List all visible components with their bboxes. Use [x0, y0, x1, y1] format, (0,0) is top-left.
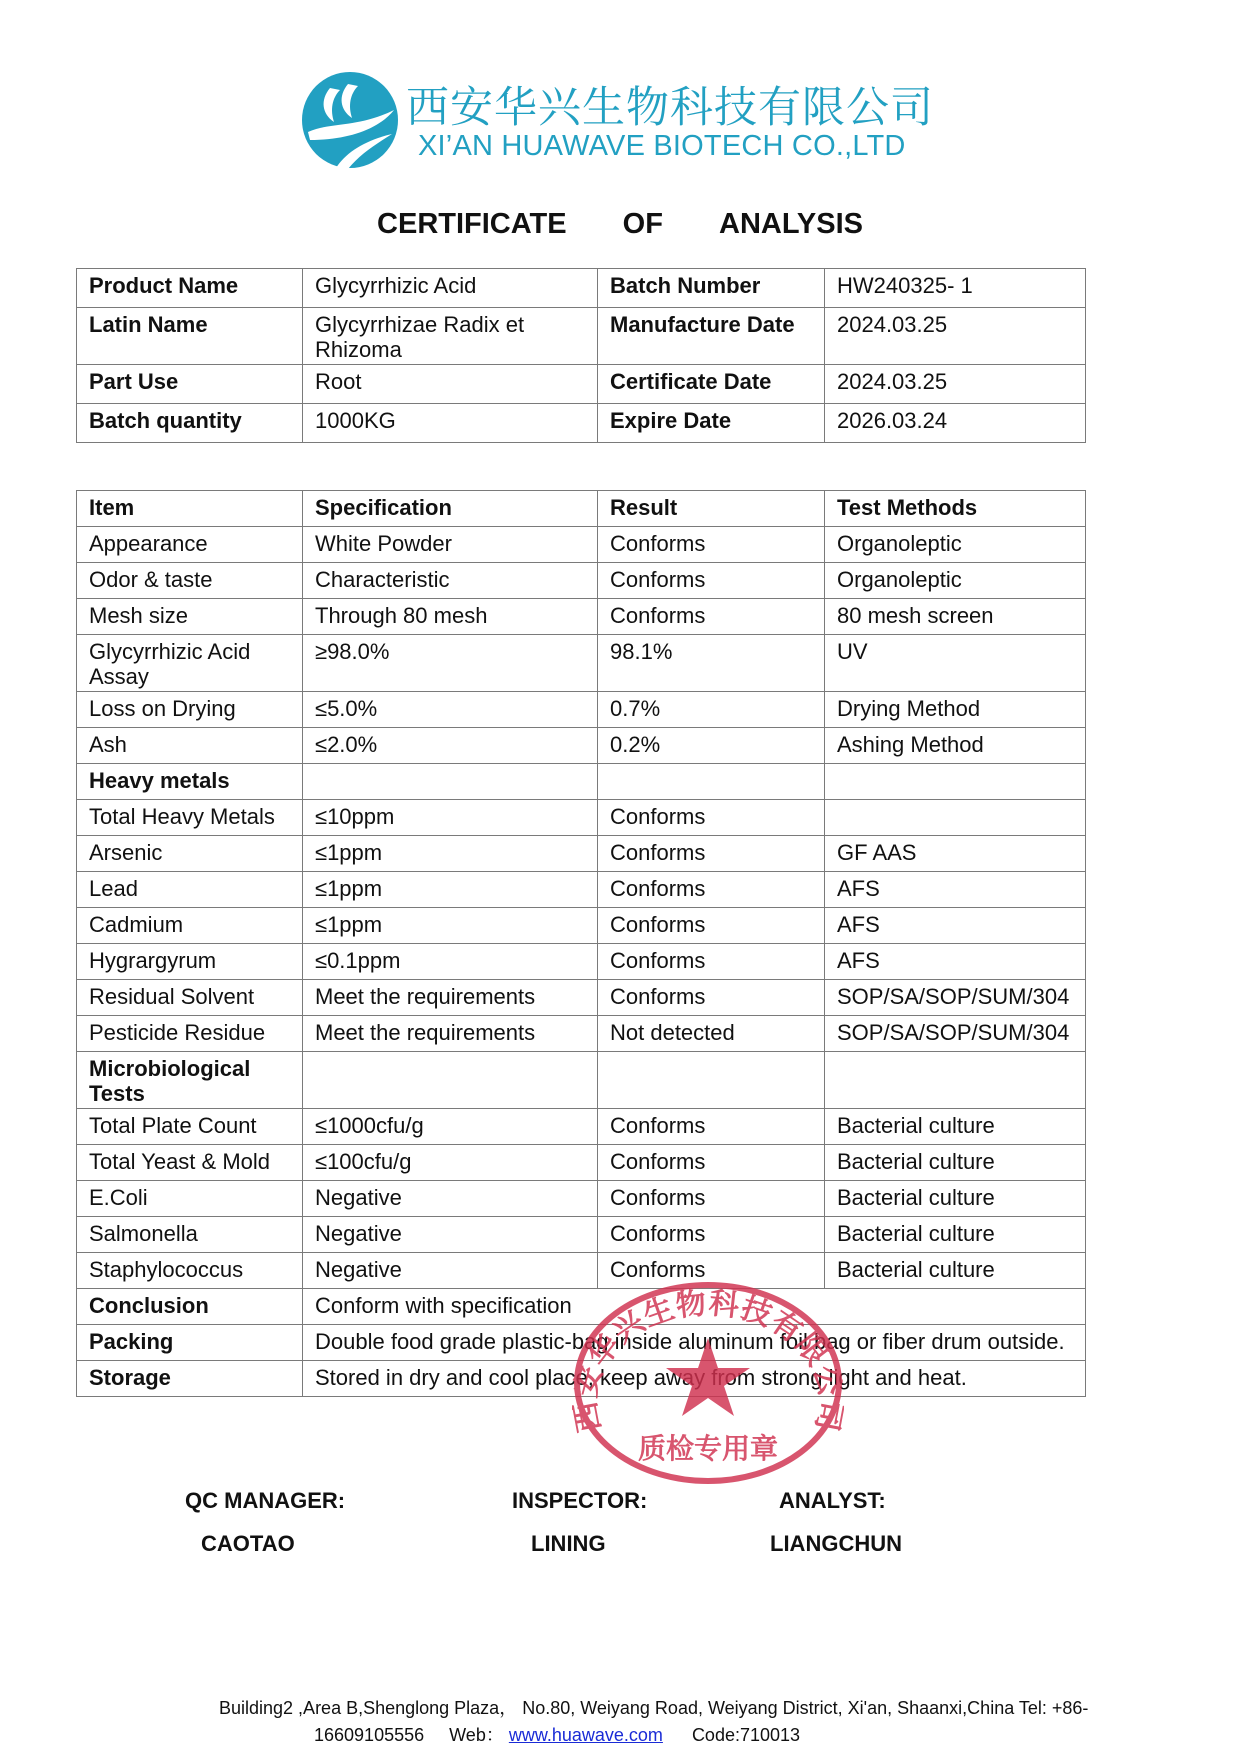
cell-item: Pesticide Residue — [77, 1016, 303, 1052]
cell-method: Ashing Method — [825, 728, 1086, 764]
info-label: Certificate Date — [598, 365, 825, 404]
info-label: Expire Date — [598, 404, 825, 443]
table-row: Ash≤2.0%0.2%Ashing Method — [77, 728, 1086, 764]
cell-item: Total Plate Count — [77, 1109, 303, 1145]
info-value: HW240325- 1 — [825, 269, 1086, 308]
info-label: Latin Name — [77, 308, 303, 365]
cell-method — [825, 800, 1086, 836]
company-name-cn: 西安华兴生物科技有限公司 — [406, 74, 934, 135]
info-value: 1000KG — [303, 404, 598, 443]
cell-item: Staphylococcus — [77, 1253, 303, 1289]
cell-spec: White Powder — [303, 527, 598, 563]
cell-item: E.Coli — [77, 1181, 303, 1217]
cell-item: Odor & taste — [77, 563, 303, 599]
cell-method: AFS — [825, 908, 1086, 944]
table-row: Pesticide ResidueMeet the requirementsNo… — [77, 1016, 1086, 1052]
cell-item: Glycyrrhizic Acid Assay — [77, 635, 303, 692]
cell-spec: ≤1000cfu/g — [303, 1109, 598, 1145]
table-header-row: Item Specification Result Test Methods — [77, 491, 1086, 527]
cell-method: SOP/SA/SOP/SUM/304 — [825, 1016, 1086, 1052]
wave-flame-logo-icon — [300, 70, 400, 170]
table-row: Hygrargyrum≤0.1ppmConformsAFS — [77, 944, 1086, 980]
table-row: Total Plate Count≤1000cfu/gConformsBacte… — [77, 1109, 1086, 1145]
summary-label: Storage — [77, 1361, 303, 1397]
cell-spec: Negative — [303, 1253, 598, 1289]
footer-web-label: Web： — [449, 1725, 504, 1745]
footer-code: Code:710013 — [692, 1725, 800, 1745]
table-row: Lead≤1ppmConformsAFS — [77, 872, 1086, 908]
cell-item: Appearance — [77, 527, 303, 563]
cell-item: Cadmium — [77, 908, 303, 944]
inspector-name: LINING — [531, 1531, 606, 1557]
cell-result: 98.1% — [598, 635, 825, 692]
cell-spec: Meet the requirements — [303, 980, 598, 1016]
cell-spec: ≥98.0% — [303, 635, 598, 692]
info-row: Part UseRootCertificate Date2024.03.25 — [77, 365, 1086, 404]
cell-item: Arsenic — [77, 836, 303, 872]
cell-method: GF AAS — [825, 836, 1086, 872]
info-row: Product NameGlycyrrhizic AcidBatch Numbe… — [77, 269, 1086, 308]
table-row: Cadmium≤1ppmConformsAFS — [77, 908, 1086, 944]
cell-method: UV — [825, 635, 1086, 692]
summary-label: Conclusion — [77, 1289, 303, 1325]
cell-spec: ≤1ppm — [303, 872, 598, 908]
cell-method: AFS — [825, 944, 1086, 980]
cell-method — [825, 764, 1086, 800]
cell-spec: Meet the requirements — [303, 1016, 598, 1052]
cell-result: Conforms — [598, 1253, 825, 1289]
cell-item: Loss on Drying — [77, 692, 303, 728]
cell-method — [825, 1052, 1086, 1109]
cell-item: Microbiological Tests — [77, 1052, 303, 1109]
cell-spec: ≤5.0% — [303, 692, 598, 728]
cell-result: Conforms — [598, 599, 825, 635]
cell-item: Lead — [77, 872, 303, 908]
cell-result: 0.7% — [598, 692, 825, 728]
table-row: AppearanceWhite PowderConformsOrganolept… — [77, 527, 1086, 563]
cell-method: Bacterial culture — [825, 1253, 1086, 1289]
cell-result: Conforms — [598, 1217, 825, 1253]
document-title: CERTIFICATE OF ANALYSIS — [0, 208, 1240, 241]
info-label: Batch Number — [598, 269, 825, 308]
summary-row: StorageStored in dry and cool place, kee… — [77, 1361, 1086, 1397]
cell-item: Ash — [77, 728, 303, 764]
info-value: Glycyrrhizae Radix et Rhizoma — [303, 308, 598, 365]
qc-manager-label: QC MANAGER: — [185, 1488, 345, 1514]
table-row: E.ColiNegativeConformsBacterial culture — [77, 1181, 1086, 1217]
cell-result — [598, 1052, 825, 1109]
cell-spec: ≤1ppm — [303, 836, 598, 872]
summary-row: PackingDouble food grade plastic-bag ins… — [77, 1325, 1086, 1361]
svg-text:质检专用章: 质检专用章 — [638, 1432, 778, 1465]
cell-item: Total Heavy Metals — [77, 800, 303, 836]
table-row: Glycyrrhizic Acid Assay≥98.0%98.1%UV — [77, 635, 1086, 692]
cell-method: Organoleptic — [825, 527, 1086, 563]
company-logo: 西安华兴生物科技有限公司 XI’AN HUAWAVE BIOTECH CO.,L… — [300, 68, 960, 178]
table-row: SalmonellaNegativeConformsBacterial cult… — [77, 1217, 1086, 1253]
cell-method: Organoleptic — [825, 563, 1086, 599]
cell-item: Salmonella — [77, 1217, 303, 1253]
table-row: Residual SolventMeet the requirementsCon… — [77, 980, 1086, 1016]
cell-spec: Characteristic — [303, 563, 598, 599]
info-value: Root — [303, 365, 598, 404]
section-row: Heavy metals — [77, 764, 1086, 800]
summary-value: Stored in dry and cool place, keep away … — [303, 1361, 1086, 1397]
info-value: 2026.03.24 — [825, 404, 1086, 443]
product-info-table: Product NameGlycyrrhizic AcidBatch Numbe… — [76, 268, 1086, 443]
cell-result: Conforms — [598, 1109, 825, 1145]
cell-spec: Negative — [303, 1217, 598, 1253]
cell-item: Total Yeast & Mold — [77, 1145, 303, 1181]
title-word: OF — [623, 208, 663, 240]
table-row: Odor & tasteCharacteristicConformsOrgano… — [77, 563, 1086, 599]
table-row: StaphylococcusNegativeConformsBacterial … — [77, 1253, 1086, 1289]
header-test-methods: Test Methods — [825, 491, 1086, 527]
title-word: ANALYSIS — [719, 208, 863, 240]
cell-method: 80 mesh screen — [825, 599, 1086, 635]
cell-method: Bacterial culture — [825, 1181, 1086, 1217]
footer-address: Building2 ,Area B,Shenglong Plaza， No.80… — [219, 1694, 1088, 1720]
analyst-name: LIANGCHUN — [770, 1531, 902, 1557]
cell-result: Conforms — [598, 1145, 825, 1181]
footer-contact: 16609105556 Web： www.huawave.com Code:71… — [314, 1721, 800, 1747]
cell-method: AFS — [825, 872, 1086, 908]
analyst-label: ANALYST: — [779, 1488, 886, 1514]
cell-result: 0.2% — [598, 728, 825, 764]
footer-web-link[interactable]: www.huawave.com — [509, 1725, 663, 1745]
summary-value: Double food grade plastic-bag inside alu… — [303, 1325, 1086, 1361]
cell-spec: Through 80 mesh — [303, 599, 598, 635]
cell-result: Conforms — [598, 980, 825, 1016]
section-row: Microbiological Tests — [77, 1052, 1086, 1109]
cell-item: Heavy metals — [77, 764, 303, 800]
table-row: Mesh sizeThrough 80 meshConforms80 mesh … — [77, 599, 1086, 635]
cell-spec — [303, 1052, 598, 1109]
cell-result — [598, 764, 825, 800]
cell-result: Conforms — [598, 800, 825, 836]
info-label: Product Name — [77, 269, 303, 308]
cell-result: Conforms — [598, 836, 825, 872]
summary-row: ConclusionConform with specification — [77, 1289, 1086, 1325]
cell-spec: ≤1ppm — [303, 908, 598, 944]
info-label: Manufacture Date — [598, 308, 825, 365]
title-word: CERTIFICATE — [377, 208, 567, 240]
info-row: Latin NameGlycyrrhizae Radix et RhizomaM… — [77, 308, 1086, 365]
summary-value: Conform with specification — [303, 1289, 1086, 1325]
cell-spec: Negative — [303, 1181, 598, 1217]
info-row: Batch quantity1000KGExpire Date2026.03.2… — [77, 404, 1086, 443]
info-value: 2024.03.25 — [825, 365, 1086, 404]
cell-result: Conforms — [598, 527, 825, 563]
cell-result: Conforms — [598, 908, 825, 944]
table-row: Total Heavy Metals≤10ppmConforms — [77, 800, 1086, 836]
cell-item: Mesh size — [77, 599, 303, 635]
table-row: Loss on Drying≤5.0%0.7%Drying Method — [77, 692, 1086, 728]
analysis-table: Item Specification Result Test Methods A… — [76, 490, 1086, 1397]
info-value: 2024.03.25 — [825, 308, 1086, 365]
cell-spec: ≤10ppm — [303, 800, 598, 836]
info-label: Part Use — [77, 365, 303, 404]
cell-result: Conforms — [598, 872, 825, 908]
cell-item: Residual Solvent — [77, 980, 303, 1016]
info-label: Batch quantity — [77, 404, 303, 443]
header-item: Item — [77, 491, 303, 527]
footer-phone: 16609105556 — [314, 1725, 424, 1745]
cell-method: Bacterial culture — [825, 1109, 1086, 1145]
cell-item: Hygrargyrum — [77, 944, 303, 980]
cell-result: Conforms — [598, 944, 825, 980]
company-name-en: XI’AN HUAWAVE BIOTECH CO.,LTD — [418, 130, 906, 163]
cell-result: Not detected — [598, 1016, 825, 1052]
header-specification: Specification — [303, 491, 598, 527]
info-value: Glycyrrhizic Acid — [303, 269, 598, 308]
cell-method: Drying Method — [825, 692, 1086, 728]
qc-manager-name: CAOTAO — [201, 1531, 295, 1557]
cell-method: Bacterial culture — [825, 1145, 1086, 1181]
inspector-label: INSPECTOR: — [512, 1488, 647, 1514]
header-result: Result — [598, 491, 825, 527]
cell-method: Bacterial culture — [825, 1217, 1086, 1253]
table-row: Arsenic≤1ppmConformsGF AAS — [77, 836, 1086, 872]
table-row: Total Yeast & Mold≤100cfu/gConformsBacte… — [77, 1145, 1086, 1181]
summary-label: Packing — [77, 1325, 303, 1361]
cell-spec: ≤100cfu/g — [303, 1145, 598, 1181]
cell-method: SOP/SA/SOP/SUM/304 — [825, 980, 1086, 1016]
cell-spec: ≤2.0% — [303, 728, 598, 764]
cell-result: Conforms — [598, 1181, 825, 1217]
cell-result: Conforms — [598, 563, 825, 599]
cell-spec — [303, 764, 598, 800]
cell-spec: ≤0.1ppm — [303, 944, 598, 980]
